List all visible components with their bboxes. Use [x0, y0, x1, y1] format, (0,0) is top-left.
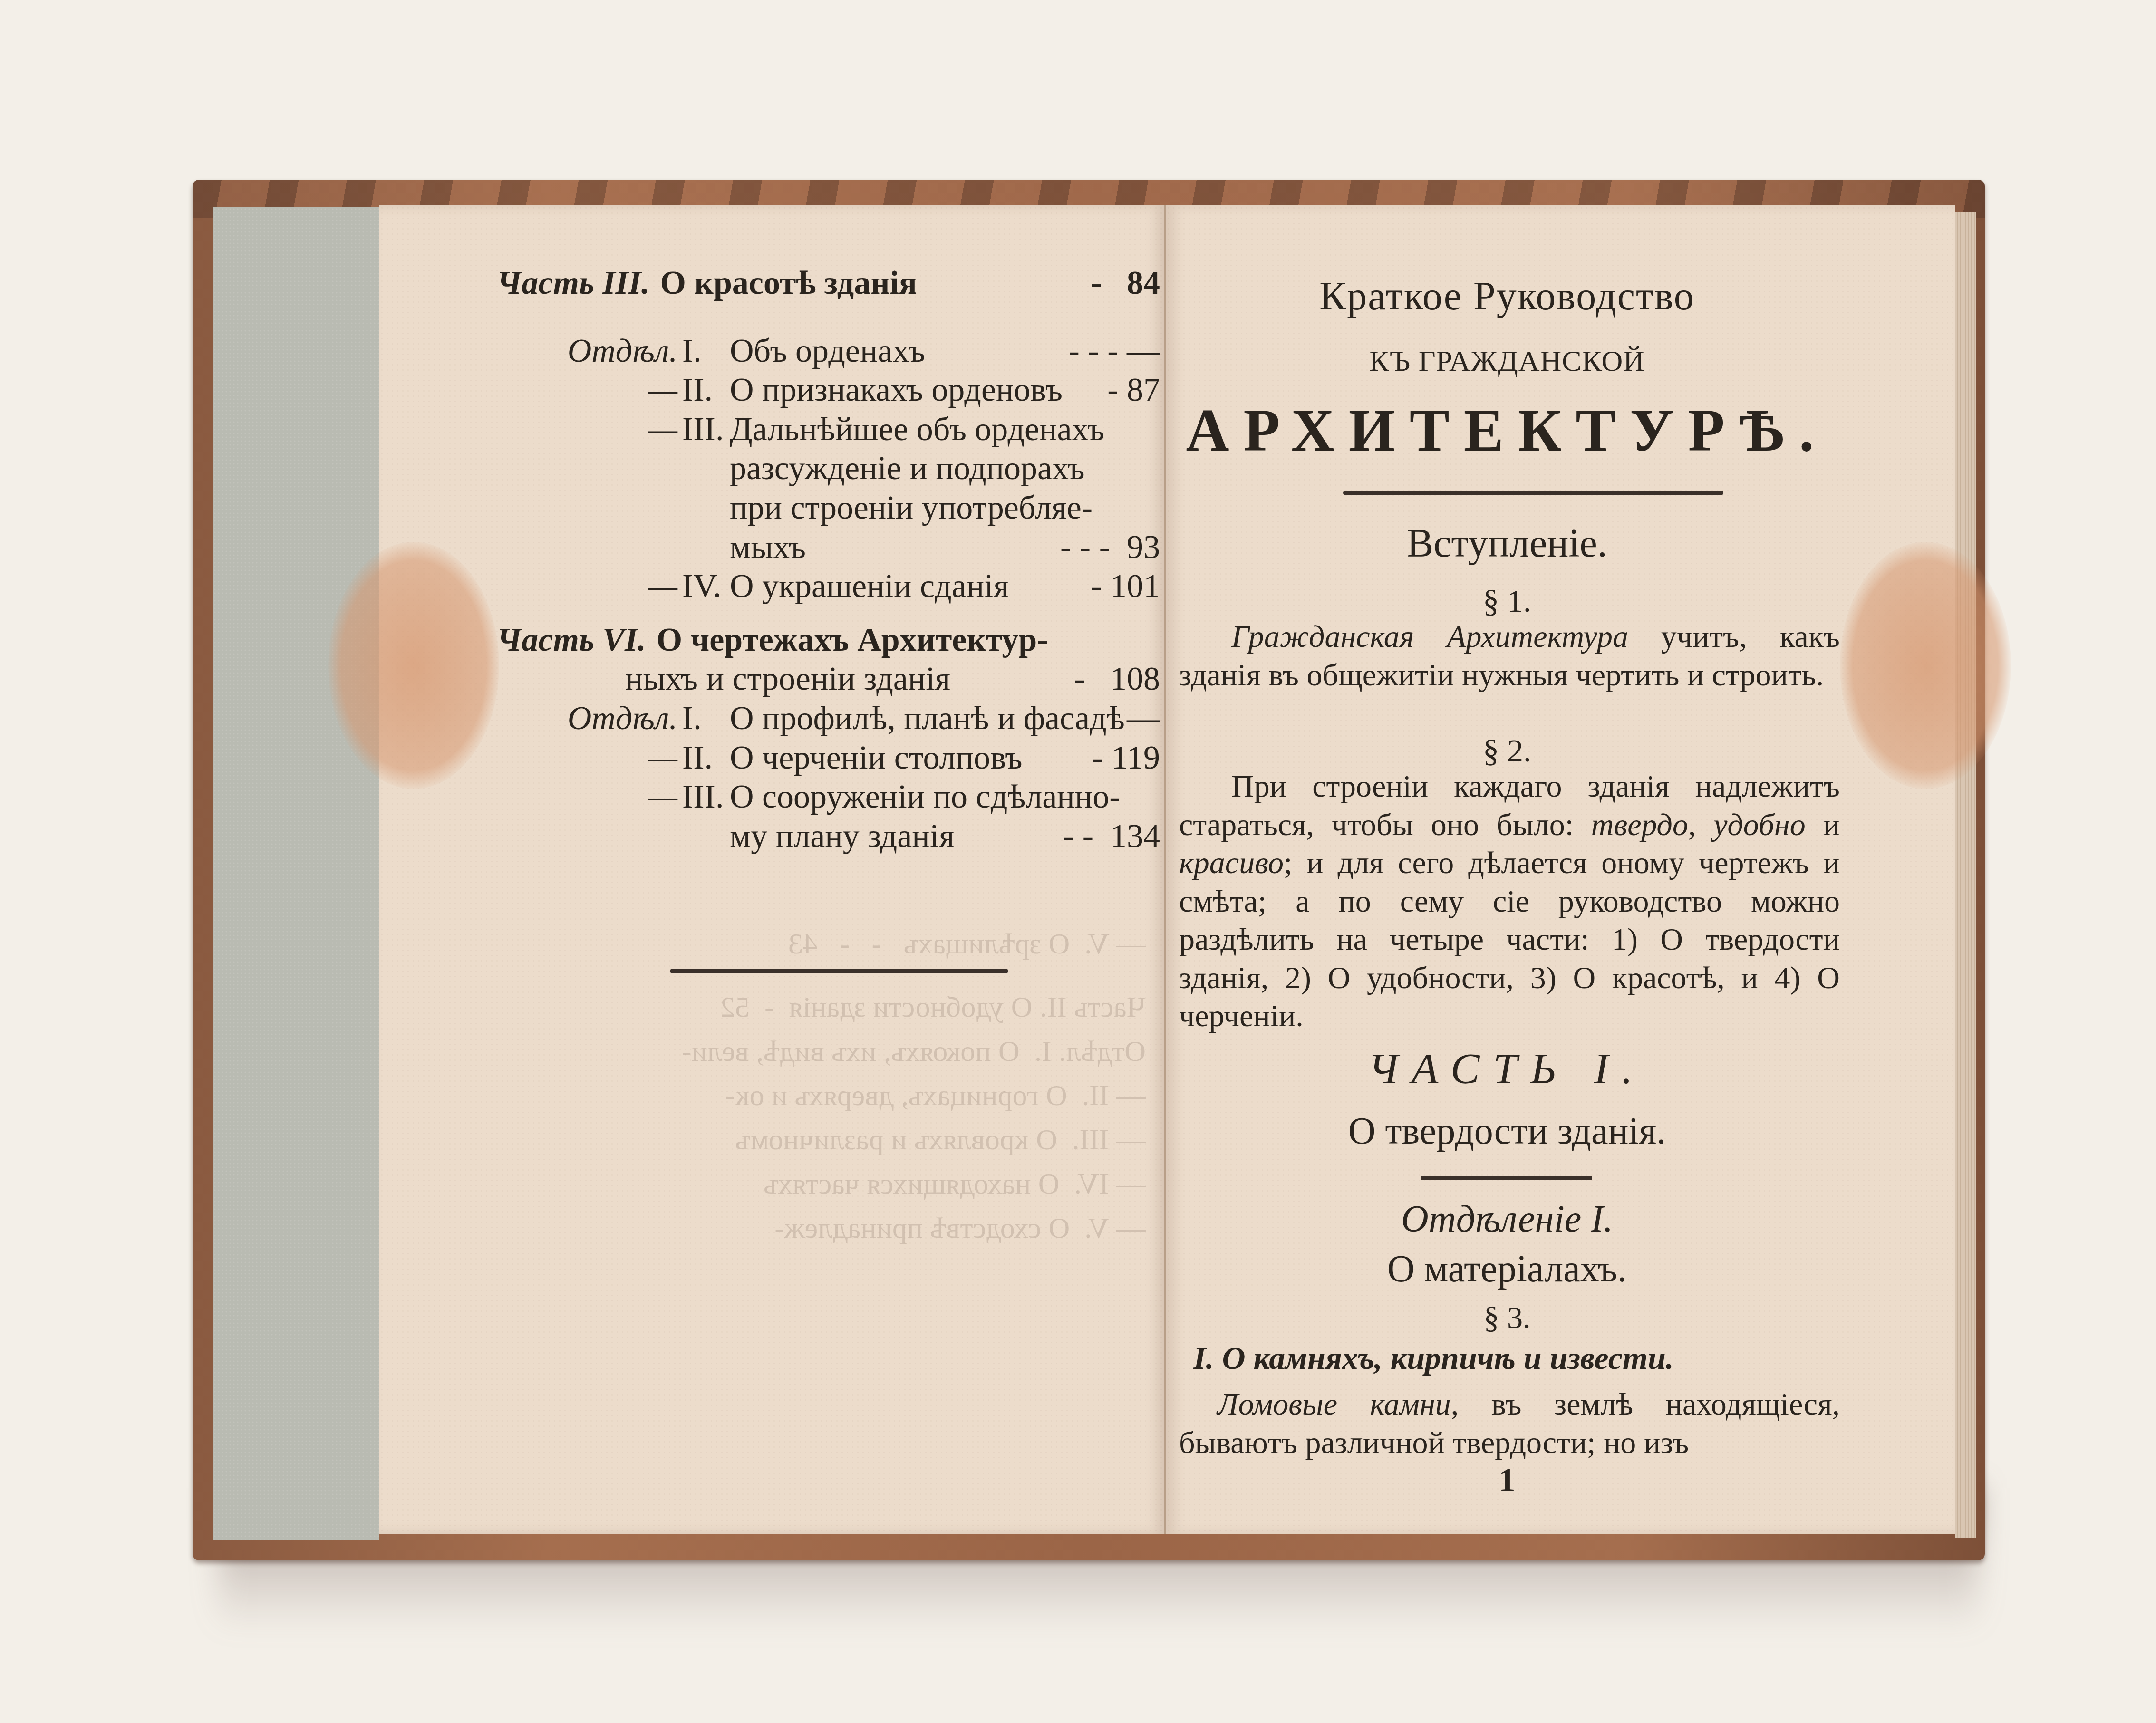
toc-entry: — III. О сооруженіи по сдѣланно- му план… — [497, 778, 1160, 856]
toc-entry: Отдѣл. I. Объ орденахъ- - - — — [497, 332, 1160, 371]
part-subtitle: О твердости зданія. — [1179, 1110, 1835, 1153]
page-number: 1 — [1179, 1462, 1835, 1500]
toc-part-3: Часть III.О красотѣ зданія - 84 — [497, 264, 1160, 303]
toc-entry: — II. О черченіи столповъ- 119 — [497, 739, 1160, 778]
stain-right — [1840, 542, 2011, 789]
toc-part-6-cont: ныхъ и строеніи зданія - 108 — [497, 660, 1160, 699]
book-title-line3: АРХИТЕКТУРѢ. — [1179, 397, 1835, 465]
toc-entry: Отдѣл. I. О профилѣ, планѣ и фасадѣ— — [497, 699, 1160, 739]
division-subtitle: О матеріалахъ. — [1179, 1248, 1835, 1291]
gutter — [1164, 205, 1166, 1534]
section-mark-1: § 1. — [1179, 582, 1835, 620]
toc-entry: — II. О признакахъ орденовъ- 87 — [497, 371, 1160, 410]
section-rule — [1421, 1176, 1592, 1180]
subheading: I. О камняхъ, кирпичѣ и извести. — [1193, 1339, 1674, 1377]
page-edges — [1955, 212, 1976, 1538]
paragraph-2: При строеніи каждаго зданія надлежитъ ст… — [1179, 768, 1840, 1036]
book-title-line2: КЪ ГРАЖДАНСКОЙ — [1179, 345, 1835, 378]
paragraph-1: Гражданская Архитектура учитъ, какъ здан… — [1179, 618, 1840, 694]
division-heading: Отдѣленіе I. — [1179, 1198, 1835, 1241]
stain-left — [328, 542, 499, 789]
book-title-line1: Краткое Руководство — [1179, 273, 1835, 319]
title-rule — [1343, 491, 1723, 495]
endpaper — [213, 207, 379, 1540]
toc-entry: — III. Дальнѣйшее объ орденахъ разсужден… — [497, 410, 1160, 567]
section-mark-3: § 3. — [1179, 1300, 1835, 1336]
paragraph-3: Ломовые камни, въ землѣ находящіеся, быв… — [1179, 1386, 1840, 1462]
part-heading: ЧАСТЬ I. — [1179, 1043, 1835, 1094]
toc-part-6: Часть VI.О чертежахъ Архитектур- — [497, 621, 1160, 660]
divider-rule — [670, 969, 1008, 973]
toc-entry: — IV. О украшеніи сданія- 101 — [497, 567, 1160, 606]
intro-heading: Вступленіе. — [1179, 520, 1835, 567]
section-mark-2: § 2. — [1179, 732, 1835, 770]
table-of-contents: Часть III.О красотѣ зданія - 84 Отдѣл. I… — [497, 264, 1160, 856]
